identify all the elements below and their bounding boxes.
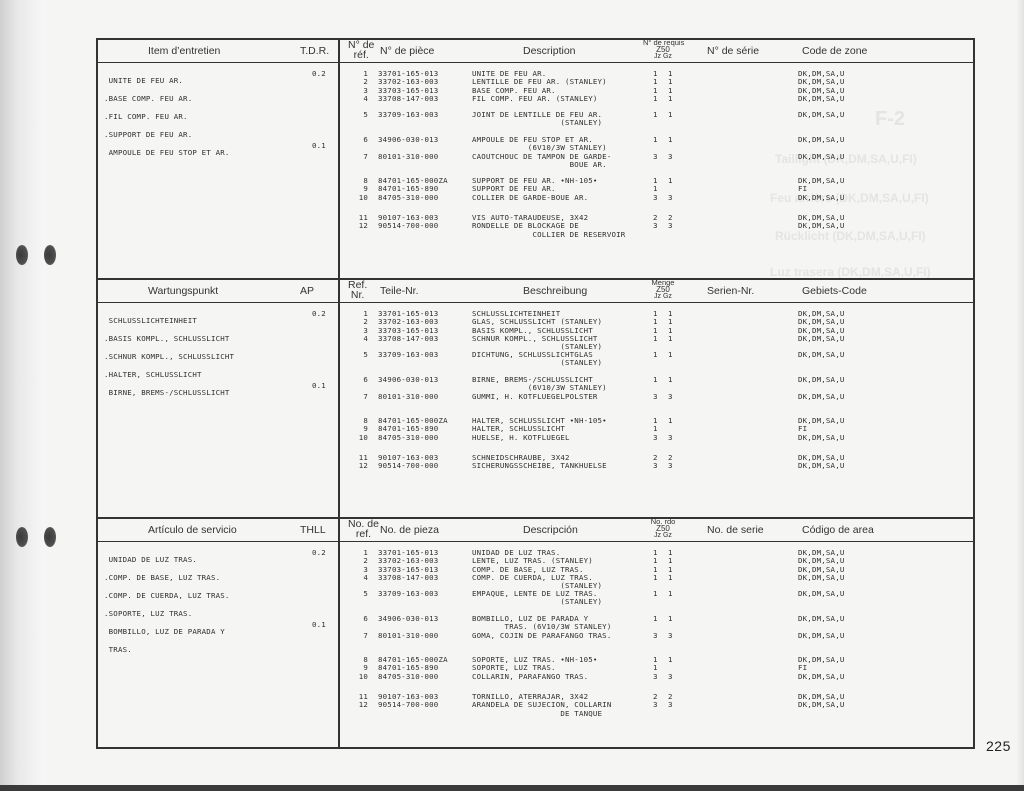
part-number: 84705-310-000 [378, 673, 438, 681]
service-item-row: .SCHNUR KOMPL., SCHLUSSLICHT [104, 346, 332, 364]
column-divider [338, 519, 340, 749]
header-quantity: MengeZ50Jz Gz [643, 279, 683, 300]
table-header: Artículo de servicio THLL No. deref. No.… [98, 519, 973, 542]
binder-hole [16, 245, 28, 265]
header-description: Description [523, 45, 576, 57]
part-number: 84705-310-000 [378, 434, 438, 442]
part-description: BOMBILLO, LUZ DE PARADA Y TRAS. (6V10/3W… [472, 615, 612, 632]
qty-gz: 3 [668, 673, 673, 681]
header-item: Wartungspunkt [148, 285, 218, 297]
service-time: 0.2 [312, 70, 326, 78]
qty-jz: 1 [653, 376, 658, 384]
part-description: GUMMI, H. KOTFLUEGELPOLSTER [472, 393, 598, 401]
service-item-row: .BASE COMP. FEU AR. [104, 88, 332, 106]
language-section: Wartungspunkt AP Ref.Nr. Teile-Nr. Besch… [98, 278, 973, 519]
header-zone: Gebiets-Code [802, 285, 867, 297]
qty-gz: 3 [668, 701, 673, 709]
service-time: 0.2 [312, 549, 326, 557]
service-items: SCHLUSSLICHTEINHEIT0.2.BASIS KOMPL., SCH… [104, 310, 332, 400]
part-number: 90514-700-000 [378, 462, 438, 470]
service-item-text: SCHLUSSLICHTEINHEIT [104, 316, 197, 325]
qty-jz: 3 [653, 434, 658, 442]
header-description: Descripción [523, 524, 578, 536]
qty-gz: 1 [668, 335, 673, 343]
header-part-number: Teile-Nr. [380, 285, 419, 297]
header-zone: Código de area [802, 524, 874, 536]
header-quantity: N° de requisZ50Jz Gz [643, 39, 683, 60]
header-quantity: No. rdoZ50Jz Gz [643, 518, 683, 539]
zone-code: DK,DM,SA,U [798, 615, 845, 623]
part-description: AMPOULE DE FEU STOP ET AR. (6V10/3W STAN… [472, 136, 607, 153]
service-item-text: .BASIS KOMPL., SCHLUSSLICHT [104, 334, 230, 343]
part-description: GOMA, COJIN DE PARAFANGO TRAS. [472, 632, 612, 640]
part-number: 33708-147-003 [378, 95, 438, 103]
qty-jz: 3 [653, 194, 658, 202]
ref-number: 4 [356, 574, 368, 582]
qty-gz: 1 [668, 615, 673, 623]
header-item: Artículo de servicio [148, 524, 237, 536]
part-number: 84705-310-000 [378, 194, 438, 202]
service-item-text: .BASE COMP. FEU AR. [104, 94, 192, 103]
column-divider [338, 40, 340, 278]
part-description: SCHNUR KOMPL., SCHLUSSLICHT (STANLEY) [472, 335, 602, 352]
ref-number: 10 [356, 434, 368, 442]
qty-gz: 3 [668, 462, 673, 470]
service-item-text: .COMP. DE BASE, LUZ TRAS. [104, 573, 220, 582]
zone-code: DK,DM,SA,U [798, 335, 845, 343]
qty-gz: 3 [668, 222, 673, 230]
service-item-text: UNIDAD DE LUZ TRAS. [104, 555, 197, 564]
ref-number: 12 [356, 462, 368, 470]
service-item-row: UNITE DE FEU AR.0.2 [104, 70, 332, 88]
zone-code: DK,DM,SA,U [798, 153, 845, 161]
part-description: ARANDELA DE SUJECION, COLLARIN DE TANQUE [472, 701, 612, 718]
part-number: 33708-147-003 [378, 574, 438, 582]
part-description: SICHERUNGSSCHEIBE, TANKHUELSE [472, 462, 607, 470]
part-description: HUELSE, H. KOTFLUEGEL [472, 434, 570, 442]
part-number: 33709-163-003 [378, 590, 438, 598]
header-zone: Code de zone [802, 45, 867, 57]
ref-number: 6 [356, 136, 368, 144]
qty-gz: 1 [668, 376, 673, 384]
qty-jz: 3 [653, 462, 658, 470]
table-header: Item d’entretien T.D.R. N° deréf. N° de … [98, 40, 973, 63]
part-description: BIRNE, BREMS-/SCHLUSSLICHT (6V10/3W STAN… [472, 376, 607, 393]
qty-gz: 3 [668, 632, 673, 640]
qty-gz: 1 [668, 95, 673, 103]
ref-number: 10 [356, 673, 368, 681]
zone-code: DK,DM,SA,U [798, 393, 845, 401]
ref-number: 7 [356, 153, 368, 161]
service-item-row: BOMBILLO, LUZ DE PARADA Y TRAS.0.1 [104, 621, 332, 657]
part-number: 34906-030-013 [378, 136, 438, 144]
header-time: T.D.R. [300, 45, 329, 57]
qty-gz: 1 [668, 590, 673, 598]
qty-jz: 1 [653, 615, 658, 623]
service-time: 0.1 [312, 382, 326, 390]
service-item-text: .FIL COMP. FEU AR. [104, 112, 188, 121]
service-time: 0.1 [312, 621, 326, 629]
service-item-text: .SUPPORT DE FEU AR. [104, 130, 192, 139]
zone-code: DK,DM,SA,U [798, 351, 845, 359]
service-item-row: .COMP. DE BASE, LUZ TRAS. [104, 567, 332, 585]
qty-jz: 3 [653, 673, 658, 681]
service-item-row: .BASIS KOMPL., SCHLUSSLICHT [104, 328, 332, 346]
ref-number: 6 [356, 615, 368, 623]
service-item-row: .COMP. DE CUERDA, LUZ TRAS. [104, 585, 332, 603]
ref-number: 12 [356, 222, 368, 230]
service-item-text: .HALTER, SCHLUSSLICHT [104, 370, 202, 379]
service-time: 0.1 [312, 142, 326, 150]
header-ref: No. deref. [348, 519, 379, 539]
header-part-number: No. de pieza [380, 524, 439, 536]
qty-jz: 3 [653, 632, 658, 640]
qty-jz: 3 [653, 701, 658, 709]
ref-number: 7 [356, 632, 368, 640]
part-number: 33709-163-003 [378, 111, 438, 119]
part-number: 90514-700-000 [378, 222, 438, 230]
part-description: DICHTUNG, SCHLUSSLICHTGLAS (STANLEY) [472, 351, 602, 368]
service-item-row: AMPOULE DE FEU STOP ET AR.0.1 [104, 142, 332, 160]
service-item-row: .SUPPORT DE FEU AR. [104, 124, 332, 142]
binder-hole [44, 527, 56, 547]
part-number: 80101-310-000 [378, 393, 438, 401]
page-number: 225 [986, 738, 1011, 754]
part-number: 33709-163-003 [378, 351, 438, 359]
header-serial: Serien-Nr. [707, 285, 754, 297]
language-section: Artículo de servicio THLL No. deref. No.… [98, 517, 973, 749]
qty-gz: 1 [668, 417, 673, 425]
zone-code: DK,DM,SA,U [798, 376, 845, 384]
ref-number: 10 [356, 194, 368, 202]
zone-code: DK,DM,SA,U [798, 434, 845, 442]
service-item-row: .FIL COMP. FEU AR. [104, 106, 332, 124]
header-ref: N° deréf. [348, 40, 374, 60]
part-number: 34906-030-013 [378, 376, 438, 384]
qty-jz: 1 [653, 111, 658, 119]
page-bottom-edge [0, 785, 1024, 791]
ref-number: 4 [356, 335, 368, 343]
part-description: COLLARIN, PARAFANGO TRAS. [472, 673, 588, 681]
qty-jz: 1 [653, 574, 658, 582]
zone-code: DK,DM,SA,U [798, 111, 845, 119]
service-item-text: .SCHNUR KOMPL., SCHLUSSLICHT [104, 352, 234, 361]
binder-hole [16, 527, 28, 547]
qty-gz: 1 [668, 574, 673, 582]
ref-number: 7 [356, 393, 368, 401]
table-header: Wartungspunkt AP Ref.Nr. Teile-Nr. Besch… [98, 280, 973, 303]
parts-table-frame: Item d’entretien T.D.R. N° deréf. N° de … [96, 38, 975, 749]
ref-number: 5 [356, 351, 368, 359]
qty-jz: 1 [653, 335, 658, 343]
header-part-number: N° de pièce [380, 45, 434, 57]
zone-code: DK,DM,SA,U [798, 701, 845, 709]
header-time: AP [300, 285, 314, 297]
part-number: 80101-310-000 [378, 153, 438, 161]
zone-code: DK,DM,SA,U [798, 194, 845, 202]
service-item-text: BOMBILLO, LUZ DE PARADA Y TRAS. [104, 627, 225, 654]
service-items: UNIDAD DE LUZ TRAS.0.2.COMP. DE BASE, LU… [104, 549, 332, 657]
service-items: UNITE DE FEU AR.0.2.BASE COMP. FEU AR..F… [104, 70, 332, 160]
qty-jz: 3 [653, 222, 658, 230]
part-description: COLLIER DE GARDE-BOUE AR. [472, 194, 588, 202]
qty-gz: 1 [668, 656, 673, 664]
part-description: FIL COMP. FEU AR. (STANLEY) [472, 95, 598, 103]
service-item-row: .SOPORTE, LUZ TRAS. [104, 603, 332, 621]
language-section: Item d’entretien T.D.R. N° deréf. N° de … [98, 40, 973, 278]
page-edge [1016, 0, 1024, 785]
header-time: THLL [300, 524, 326, 536]
service-item-text: .COMP. DE CUERDA, LUZ TRAS. [104, 591, 230, 600]
column-divider [338, 280, 340, 519]
qty-gz: 3 [668, 434, 673, 442]
part-number: 90514-700-000 [378, 701, 438, 709]
zone-code: DK,DM,SA,U [798, 136, 845, 144]
ref-number: 6 [356, 376, 368, 384]
part-description: CAOUTCHOUC DE TAMPON DE GARDE- BOUE AR. [472, 153, 612, 170]
qty-jz: 3 [653, 393, 658, 401]
binder-hole [44, 245, 56, 265]
qty-jz: 1 [653, 590, 658, 598]
qty-jz: 3 [653, 153, 658, 161]
ref-number: 12 [356, 701, 368, 709]
ref-number: 4 [356, 95, 368, 103]
part-number: 33708-147-003 [378, 335, 438, 343]
part-description: COMP. DE CUERDA, LUZ TRAS. (STANLEY) [472, 574, 602, 591]
header-item: Item d’entretien [148, 45, 220, 57]
header-serial: N° de série [707, 45, 759, 57]
header-description: Beschreibung [523, 285, 587, 297]
qty-jz: 1 [653, 351, 658, 359]
zone-code: DK,DM,SA,U [798, 632, 845, 640]
service-item-row: SCHLUSSLICHTEINHEIT0.2 [104, 310, 332, 328]
qty-gz: 3 [668, 194, 673, 202]
qty-jz: 1 [653, 136, 658, 144]
header-serial: No. de serie [707, 524, 764, 536]
service-item-text: BIRNE, BREMS-/SCHLUSSLICHT [104, 388, 230, 397]
zone-code: DK,DM,SA,U [798, 462, 845, 470]
service-item-text: UNITE DE FEU AR. [104, 76, 183, 85]
qty-gz: 3 [668, 393, 673, 401]
qty-gz: 3 [668, 153, 673, 161]
service-item-text: AMPOULE DE FEU STOP ET AR. [104, 148, 230, 157]
ref-number: 5 [356, 590, 368, 598]
qty-gz: 1 [668, 177, 673, 185]
qty-gz: 1 [668, 136, 673, 144]
ref-number: 5 [356, 111, 368, 119]
zone-code: DK,DM,SA,U [798, 673, 845, 681]
service-item-row: UNIDAD DE LUZ TRAS.0.2 [104, 549, 332, 567]
part-description: EMPAQUE, LENTE DE LUZ TRAS. (STANLEY) [472, 590, 602, 607]
zone-code: DK,DM,SA,U [798, 95, 845, 103]
service-item-text: .SOPORTE, LUZ TRAS. [104, 609, 192, 618]
service-time: 0.2 [312, 310, 326, 318]
part-description: JOINT DE LENTILLE DE FEU AR. (STANLEY) [472, 111, 602, 128]
qty-gz: 1 [668, 351, 673, 359]
qty-gz: 1 [668, 111, 673, 119]
part-number: 34906-030-013 [378, 615, 438, 623]
service-item-row: BIRNE, BREMS-/SCHLUSSLICHT0.1 [104, 382, 332, 400]
service-item-row: .HALTER, SCHLUSSLICHT [104, 364, 332, 382]
binder-edge [0, 0, 45, 791]
qty-jz: 1 [653, 95, 658, 103]
header-ref: Ref.Nr. [348, 280, 367, 300]
zone-code: DK,DM,SA,U [798, 590, 845, 598]
zone-code: DK,DM,SA,U [798, 222, 845, 230]
part-description: RONDELLE DE BLOCKAGE DE COLLIER DE RESER… [472, 222, 625, 239]
part-number: 80101-310-000 [378, 632, 438, 640]
zone-code: DK,DM,SA,U [798, 574, 845, 582]
